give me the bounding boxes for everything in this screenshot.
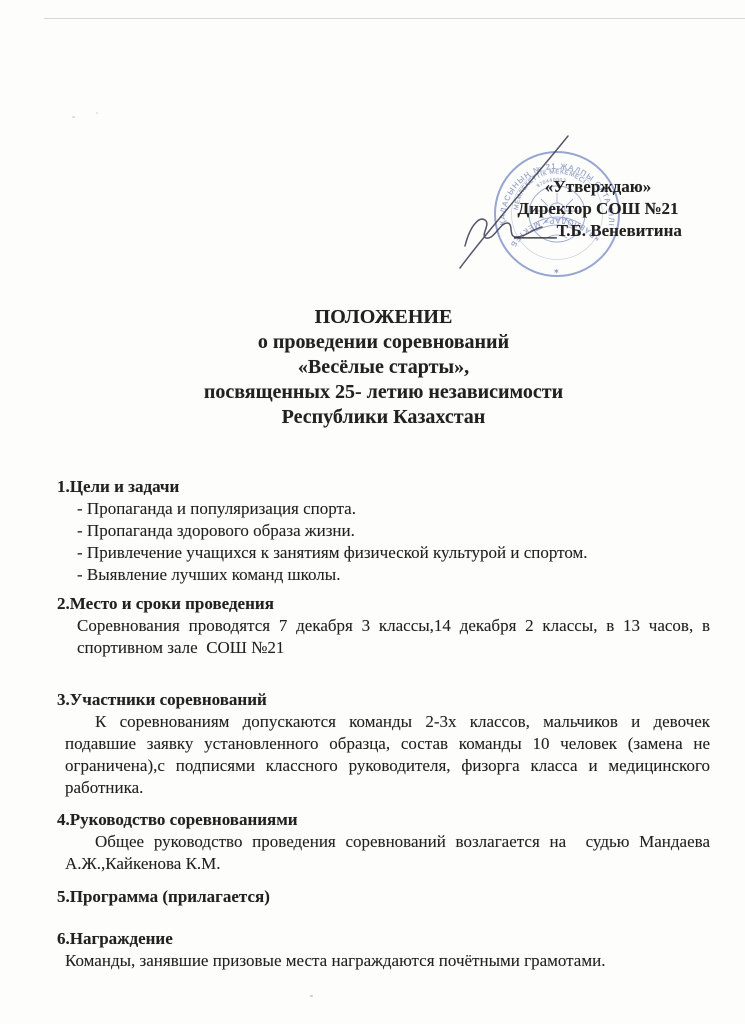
title-line-1: ПОЛОЖЕНИЕ (57, 305, 710, 330)
scan-noise (72, 116, 75, 118)
scan-edge-artifact (44, 18, 745, 19)
bullet-item: - Пропаганда и популяризация спорта. (77, 498, 710, 520)
title-line-4: посвященных 25- летию независимости (57, 380, 710, 405)
section-paragraph: Соревнования проводятся 7 декабря 3 клас… (77, 615, 710, 659)
section-paragraph: Команды, занявшие призовые места награжд… (65, 950, 710, 972)
goals-bullet-list: - Пропаганда и популяризация спорта. - П… (77, 498, 710, 586)
title-line-2: о проведении соревнований (57, 330, 710, 355)
scanned-document-page: ҚАЛАСЫНЫҢ № 21 ЖАЛПЫ ОРТА БІЛІМ БЕРУ «ПА… (0, 0, 745, 1024)
bullet-item: - Выявление лучших команд школы. (77, 564, 710, 586)
section-heading: 3.Участники соревнований (57, 689, 710, 711)
section-paragraph: Общее руководство проведения соревновани… (65, 831, 710, 875)
section-participants: 3.Участники соревнований К соревнованиям… (57, 689, 710, 799)
section-awards: 6.Награждение Команды, занявшие призовые… (57, 928, 710, 972)
section-heading: 2.Место и сроки проведения (57, 593, 710, 615)
section-heading: 4.Руководство соревнованиями (57, 809, 710, 831)
section-heading: 5.Программа (прилагается) (57, 886, 710, 908)
bullet-item: - Привлечение учащихся к занятиям физиче… (77, 542, 710, 564)
title-line-5: Республики Казахстан (57, 405, 710, 430)
section-program: 5.Программа (прилагается) (57, 886, 710, 908)
handwritten-signature (450, 125, 575, 275)
section-heading: 1.Цели и задачи (57, 476, 710, 498)
bullet-item: - Пропаганда здорового образа жизни. (77, 520, 710, 542)
section-paragraph: К соревнованиям допускаются команды 2-3х… (65, 711, 710, 799)
section-heading: 6.Награждение (57, 928, 710, 950)
document-title-block: ПОЛОЖЕНИЕ о проведении соревнований «Вес… (57, 305, 710, 430)
title-line-3: «Весёлые старты», (57, 355, 710, 380)
signature-loops-stroke (465, 219, 542, 246)
scan-noise (96, 112, 98, 114)
document-body: ПОЛОЖЕНИЕ о проведении соревнований «Вес… (57, 305, 710, 972)
section-place-dates: 2.Место и сроки проведения Соревнования … (57, 593, 710, 659)
scan-noise (310, 995, 313, 997)
section-management: 4.Руководство соревнованиями Общее руков… (57, 809, 710, 875)
signature-flourish-stroke (460, 136, 568, 268)
section-goals: 1.Цели и задачи - Пропаганда и популяриз… (57, 476, 710, 586)
